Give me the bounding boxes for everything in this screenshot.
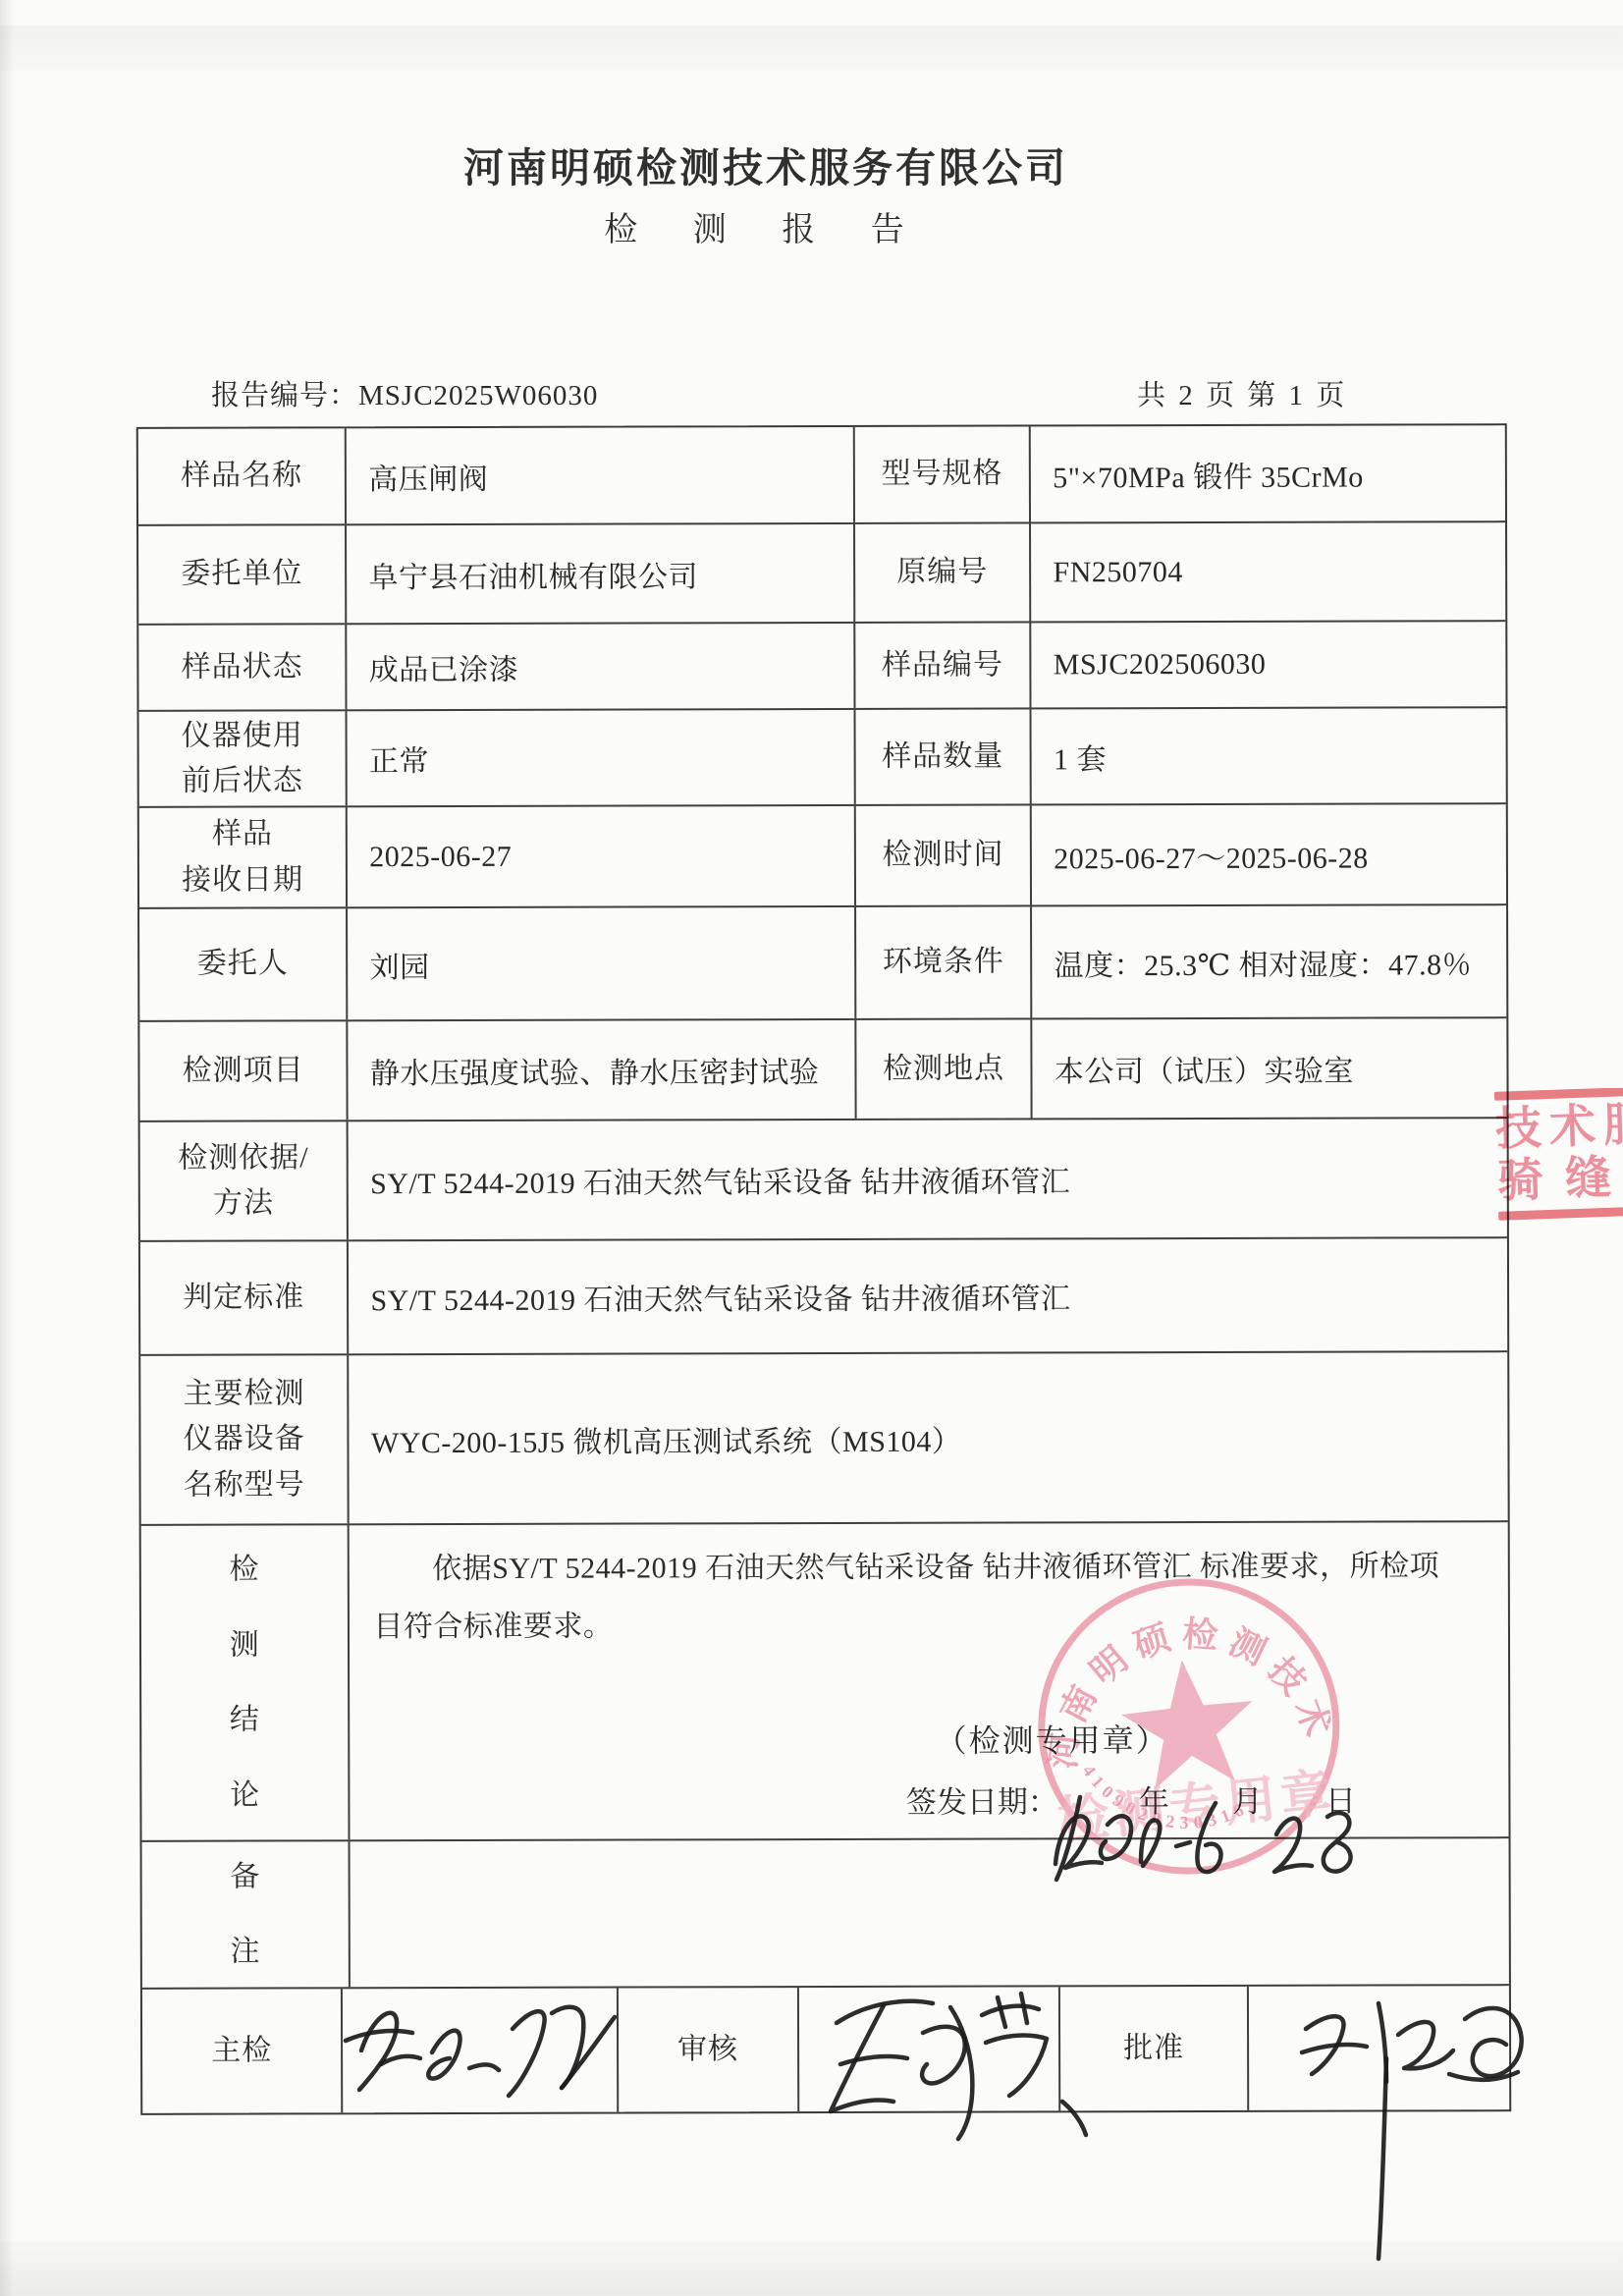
scan-artifact-band-top [0,26,1623,71]
test-basis-value: SY/T 5244-2019 石油天然气钻采设备 钻井液循环管汇 [347,1119,1507,1239]
report-table: 样品名称 高压闸阀 型号规格 5"×70MPa 锻件 35CrMo 委托单位 阜… [136,423,1511,2115]
judgement-criteria-label: 判定标准 [140,1241,348,1354]
report-number-line: 报告编号：MSJC2025W06030 [211,373,598,413]
pagination: 共 2 页 第 1 页 [1137,373,1347,413]
conclusion-label: 检 测 结 论 [141,1525,349,1840]
row-sample-state: 样品状态 成品已涂漆 样品编号 MSJC202506030 [138,620,1505,710]
sample-no-label: 样品编号 [853,623,1030,707]
row-conclusion: 检 测 结 论 依据SY/T 5244-2019 石油天然气钻采设备 钻井液循环… [141,1520,1509,1840]
test-location-label: 检测地点 [854,1019,1031,1118]
approver-label: 批准 [1058,1987,1247,2111]
test-location-value: 本公司（试压）实验室 [1031,1018,1507,1118]
edge-seal-content: 技术服 骑缝 [1494,1088,1623,1221]
chief-inspector-label: 主检 [142,1989,342,2113]
original-no-label: 原编号 [853,523,1030,621]
scan-artifact-left-edge [0,0,14,2296]
row-client: 委托单位 阜宁县石油机械有限公司 原编号 FN250704 [138,520,1505,624]
conclusion-cell: 依据SY/T 5244-2019 石油天然气钻采设备 钻井液循环管汇 标准要求，… [348,1522,1508,1839]
issue-date-label: 签发日期： [906,1784,1058,1819]
test-time-value: 2025-06-27～2025-06-28 [1030,804,1506,904]
scanned-test-report-page: { "page": { "company_title": "河南明硕检测技术服务… [0,0,1623,2296]
company-title: 河南明硕检测技术服务有限公司 [0,136,1532,193]
issue-date-line: 签发日期：年月日 [906,1777,1356,1822]
seal-note: （检测专用章） [936,1716,1169,1762]
client-label: 委托单位 [138,525,346,624]
main-equipment-label: 主要检测 仪器设备 名称型号 [140,1355,348,1524]
instrument-state-value: 正常 [346,710,854,805]
reviewer-signature-cell [797,1987,1059,2111]
consignor-label: 委托人 [139,908,347,1020]
report-number-label: 报告编号： [211,380,358,411]
edge-seal-bottom-bar [1498,1205,1623,1221]
row-judgement-criteria: 判定标准 SY/T 5244-2019 石油天然气钻采设备 钻井液循环管汇 [140,1236,1507,1354]
reviewer-label: 审核 [617,1988,798,2111]
edge-paging-seal-stamp: 技术服 骑缝 [1492,1088,1623,1255]
unit-day: 日 [1325,1784,1356,1819]
chief-inspector-signature-cell [341,1989,617,2113]
remarks-label: 备 注 [142,1841,350,1988]
row-signatures: 主检 审核 批准 [142,1984,1509,2113]
row-remarks: 备 注 [142,1836,1509,1988]
sample-qty-label: 样品数量 [853,709,1030,803]
receive-date-value: 2025-06-27 [346,806,854,906]
sample-state-label: 样品状态 [138,625,346,710]
consignor-value: 刘园 [346,907,854,1019]
edge-seal-top-bar [1494,1088,1623,1101]
test-items-value: 静水压强度试验、静水压密封试验 [347,1020,855,1120]
row-main-equipment: 主要检测 仪器设备 名称型号 WYC-200-15J5 微机高压测试系统（MS1… [140,1350,1507,1524]
edge-seal-line2: 骑缝 [1496,1152,1623,1206]
row-test-items: 检测项目 静水压强度试验、静水压密封试验 检测地点 本公司（试压）实验室 [139,1016,1506,1121]
environment-label: 环境条件 [854,906,1031,1017]
instrument-state-label: 仪器使用 前后状态 [139,711,347,806]
receive-date-label: 样品 接收日期 [139,807,347,907]
sample-state-value: 成品已涂漆 [346,624,854,709]
environment-value: 温度：25.3℃ 相对湿度：47.8％ [1030,905,1506,1017]
test-time-label: 检测时间 [854,805,1031,904]
model-spec-label: 型号规格 [853,426,1030,521]
scan-artifact-band-bottom [0,2241,1623,2296]
report-number-value: MSJC2025W06030 [358,380,598,411]
row-receive-date: 样品 接收日期 2025-06-27 检测时间 2025-06-27～2025-… [139,802,1506,907]
row-consignor: 委托人 刘园 环境条件 温度：25.3℃ 相对湿度：47.8％ [139,903,1506,1020]
row-instrument-state: 仪器使用 前后状态 正常 样品数量 1 套 [139,706,1506,806]
test-basis-label: 检测依据/ 方法 [140,1121,348,1240]
unit-year: 年 [1139,1784,1169,1819]
model-spec-value: 5"×70MPa 锻件 35CrMo [1029,425,1505,521]
main-equipment-value: WYC-200-15J5 微机高压测试系统（MS104） [348,1352,1508,1523]
original-no-value: FN250704 [1029,522,1505,621]
sample-qty-value: 1 套 [1030,708,1506,803]
test-items-label: 检测项目 [139,1021,347,1121]
sample-name-label: 样品名称 [138,428,346,524]
sample-no-value: MSJC202506030 [1030,622,1506,707]
judgement-criteria-value: SY/T 5244-2019 石油天然气钻采设备 钻井液循环管汇 [347,1238,1507,1353]
row-sample-name: 样品名称 高压闸阀 型号规格 5"×70MPa 锻件 35CrMo [138,425,1505,524]
conclusion-text: 依据SY/T 5244-2019 石油天然气钻采设备 钻井液循环管汇 标准要求，… [373,1538,1458,1656]
approver-signature-cell [1247,1986,1510,2110]
client-value: 阜宁县石油机械有限公司 [345,524,853,623]
unit-month: 月 [1232,1784,1263,1819]
edge-seal-line1: 技术服 [1494,1100,1623,1154]
sample-name-value: 高压闸阀 [345,427,853,523]
row-test-basis: 检测依据/ 方法 SY/T 5244-2019 石油天然气钻采设备 钻井液循环管… [140,1117,1507,1240]
remarks-value [349,1838,1509,1987]
report-title: 检 测 报 告 [0,202,1532,250]
